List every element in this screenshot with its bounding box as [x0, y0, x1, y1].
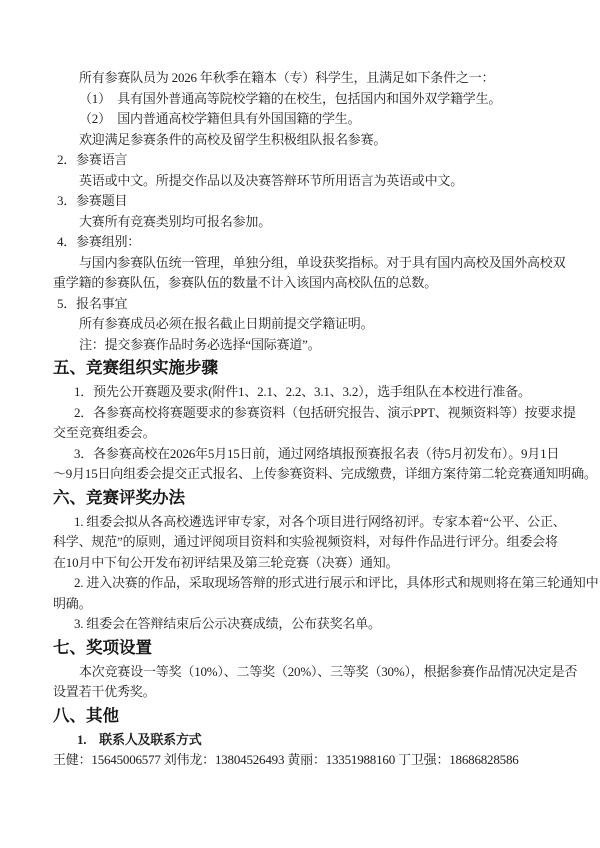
para-groups-line-1: 与国内参赛队伍统一管理，单独分组，单设获奖指标。对于具有国内高校及国外高校双: [53, 253, 552, 274]
section-heading-5-steps: 五、竞赛组织实施步骤: [53, 355, 552, 382]
section-heading-6-judging: 六、竞赛评奖办法: [53, 485, 552, 512]
para-eligibility-intro: 所有参赛队员为 2026 年秋季在籍本（专）科学生，且满足如下条件之一：: [53, 68, 552, 89]
para-topics: 大赛所有竞赛类别均可报名参加。: [53, 212, 552, 233]
para-eligibility-cond-1: （1） 具有国外普通高等院校学籍的在校生，包括国内和国外双学籍学生。: [53, 89, 552, 110]
judging-2-line-2: 明确。: [53, 594, 552, 615]
contact-subheading: 1. 联系人及联系方式: [53, 730, 552, 751]
judging-1-line-2: 科学、规范”的原则，通过评阅项目资料和实验视频资料，对每件作品进行评分。组委会将: [53, 532, 552, 553]
item-4-groups: 4．参赛组别：: [53, 232, 552, 253]
item-5-registration: 5．报名事宜: [53, 294, 552, 315]
para-groups-line-2: 重学籍的参赛队伍，参赛队伍的数量不计入该国内高校队伍的总数。: [53, 273, 552, 294]
para-awards-line-1: 本次竞赛设一等奖（10%）、二等奖（20%）、三等奖（30%），根据参赛作品情况…: [53, 662, 552, 683]
step-2-line-2: 交至竞赛组委会。: [53, 423, 552, 444]
para-awards-line-2: 设置若干优秀奖。: [53, 682, 552, 703]
judging-1-line-1: 1. 组委会拟从各高校遴选评审专家，对各个项目进行网络初评。专家本着“公平、公正…: [53, 512, 552, 533]
contact-line: 王健：15645006577 刘伟龙：13804526493 黄丽：133519…: [53, 750, 552, 771]
judging-1-line-3: 在10月中下旬公开发布初评结果及第三轮竞赛（决赛）通知。: [53, 553, 552, 574]
item-3-topics: 3．参赛题目: [53, 191, 552, 212]
para-language: 英语或中文。所提交作品以及决赛答辩环节所用语言为英语或中文。: [53, 171, 552, 192]
section-heading-8-other: 八、其他: [53, 703, 552, 730]
section-heading-7-awards: 七、奖项设置: [53, 635, 552, 662]
step-2-line-1: 2．各参赛高校将赛题要求的参赛资料（包括研究报告、演示PPT、视频资料等）按要求…: [53, 403, 552, 424]
para-registration-note: 注：提交参赛作品时务必选择“国际赛道”。: [53, 335, 552, 356]
judging-2-line-1: 2. 进入决赛的作品，采取现场答辩的形式进行展示和评比，具体形式和规则将在第三轮…: [53, 573, 552, 594]
step-1: 1．预先公开赛题及要求(附件1、2.1、2.2、3.1、3.2），选手组队在本校…: [53, 382, 552, 403]
para-registration-proof: 所有参赛成员必须在报名截止日期前提交学籍证明。: [53, 314, 552, 335]
para-eligibility-cond-2: （2） 国内普通高校学籍但具有外国国籍的学生。: [53, 109, 552, 130]
document-page: 所有参赛队员为 2026 年秋季在籍本（专）科学生，且满足如下条件之一： （1）…: [0, 0, 600, 848]
step-3-line-1: 3．各参赛高校在2026年5月15日前，通过网络填报预赛报名表（待5月初发布）。…: [53, 444, 552, 465]
step-3-line-2: ～9月15日向组委会提交正式报名、上传参赛资料、完成缴费，详细方案待第二轮竞赛通…: [53, 464, 552, 485]
para-welcome: 欢迎满足参赛条件的高校及留学生积极组队报名参赛。: [53, 130, 552, 151]
judging-3: 3. 组委会在答辩结束后公示决赛成绩，公布获奖名单。: [53, 614, 552, 635]
item-2-language: 2．参赛语言: [53, 150, 552, 171]
